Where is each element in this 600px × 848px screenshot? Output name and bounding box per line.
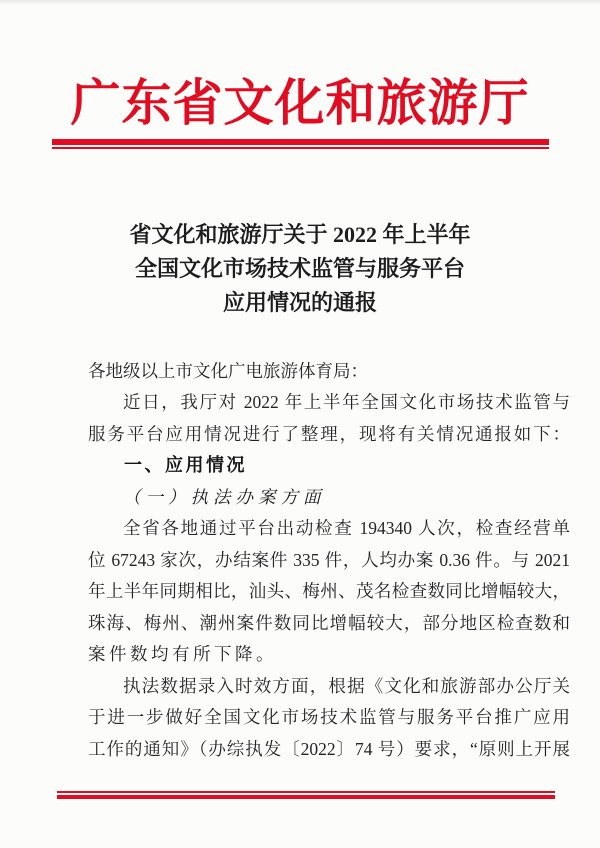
footer-divider [57, 791, 555, 799]
document-body: 各地级以上市文化广电旅游体育局： 近日，我厅对 2022 年上半年全国文化市场技… [88, 356, 570, 766]
paragraph-line: 案件数均有所下降。 [88, 639, 570, 671]
letterhead-divider [52, 139, 549, 149]
paragraph-line: 近日，我厅对 2022 年上半年全国文化市场技术监管与 [88, 387, 570, 419]
section-heading: 一、应用情况 [88, 450, 570, 482]
document-title-line: 全国文化市场技术监管与服务平台 [0, 252, 600, 286]
paragraph-line: 位 67243 家次，办结案件 335 件，人均办案 0.36 件。与 2021 [88, 545, 570, 577]
paragraph-line: 珠海、梅州、潮州案件数同比增幅较大，部分地区检查数和 [88, 608, 570, 640]
paragraph-line: 执法数据录入时效方面，根据《文化和旅游部办公厅关 [88, 671, 570, 703]
paragraph-line: 年上半年同期相比，汕头、梅州、茂名检查数同比增幅较大， [88, 576, 570, 608]
paragraph-line: 全省各地通过平台出动检查 194340 人次，检查经营单 [88, 513, 570, 545]
document-title: 省文化和旅游厅关于 2022 年上半年 全国文化市场技术监管与服务平台 应用情况… [0, 218, 600, 320]
document-title-line: 应用情况的通报 [0, 286, 600, 320]
subsection-heading: （一）执法办案方面 [88, 482, 570, 514]
salutation-line: 各地级以上市文化广电旅游体育局： [88, 356, 570, 388]
document-title-line: 省文化和旅游厅关于 2022 年上半年 [0, 218, 600, 252]
letterhead-org-name: 广东省文化和旅游厅 [0, 72, 600, 134]
paragraph-line: 工作的通知》（办综执发〔2022〕74 号）要求，“原则上开展 [88, 734, 570, 766]
document-page: 广东省文化和旅游厅 省文化和旅游厅关于 2022 年上半年 全国文化市场技术监管… [0, 0, 600, 848]
paragraph-line: 于进一步做好全国文化市场技术监管与服务平台推广应用 [88, 702, 570, 734]
paragraph-line: 服务平台应用情况进行了整理，现将有关情况通报如下： [88, 419, 570, 451]
